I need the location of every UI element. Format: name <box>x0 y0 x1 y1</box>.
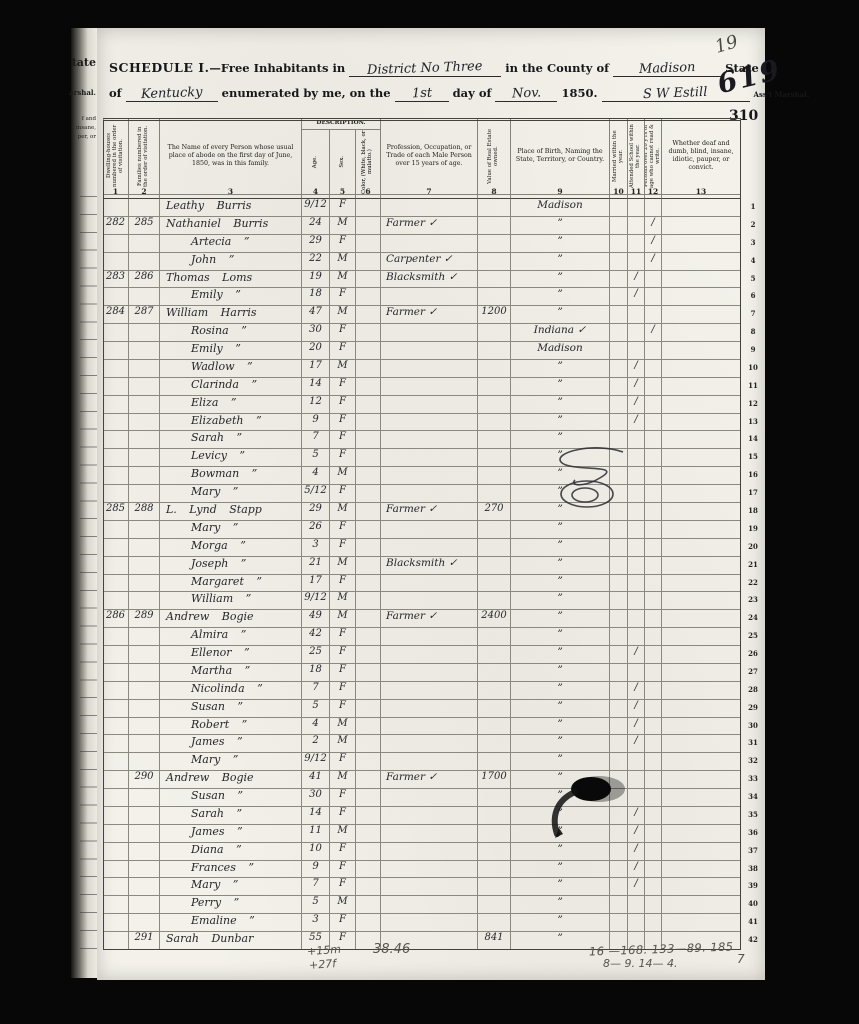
remarks-value <box>662 807 741 825</box>
column-number-row: 1 2 3 4 5 6 7 8 9 10 11 12 13 <box>103 185 765 199</box>
color-value <box>356 539 381 557</box>
real-estate-value <box>478 342 511 360</box>
profession-value <box>381 718 478 736</box>
pencil-number-center: 38.46 <box>373 942 410 957</box>
census-row: Leathy Burris 9/12 F Madison 1 <box>103 199 765 217</box>
person-name: Artecia ” <box>160 235 302 253</box>
birthplace-value: ” <box>511 735 610 753</box>
married-in-year-mark <box>610 718 628 736</box>
remarks-value <box>662 360 741 378</box>
real-estate-value <box>478 378 511 396</box>
family-number <box>129 575 160 593</box>
profession-value <box>381 521 478 539</box>
sex-value: F <box>330 843 356 861</box>
description-group: DESCRIPTION. Age. Sex. Color, (White, bl… <box>302 118 381 195</box>
census-row: Mary ” 5/12 F ” 17 <box>103 485 765 503</box>
cannot-read-write-mark <box>645 485 662 503</box>
line-number: 26 <box>741 646 765 664</box>
header-col-married: Married within the year. <box>610 118 628 195</box>
married-in-year-mark <box>610 592 628 610</box>
census-row: James ” 11 M ” / 36 <box>103 825 765 843</box>
line-number: 11 <box>741 378 765 396</box>
birthplace-value: ” <box>511 253 610 271</box>
age-value: 9 <box>302 861 330 879</box>
attended-school-mark <box>628 199 645 217</box>
family-number <box>129 682 160 700</box>
line-number: 16 <box>741 467 765 485</box>
age-value: 9/12 <box>302 592 330 610</box>
schedule-header-line-1: SCHEDULE I.—Free Inhabitants in District… <box>109 60 759 77</box>
cannot-read-write-mark <box>645 360 662 378</box>
census-row: Susan ” 30 F ” 34 <box>103 789 765 807</box>
cannot-read-write-mark <box>645 378 662 396</box>
family-number <box>129 700 160 718</box>
person-name: Margaret ” <box>160 575 302 593</box>
married-in-year-mark <box>610 306 628 324</box>
sex-value: F <box>330 199 356 217</box>
family-number <box>129 467 160 485</box>
family-number <box>129 521 160 539</box>
census-row: Robert ” 4 M ” / 30 <box>103 718 765 736</box>
birthplace-value: ” <box>511 628 610 646</box>
line-number: 7 <box>741 306 765 324</box>
attended-school-mark: / <box>628 396 645 414</box>
dwelling-number <box>103 199 129 217</box>
line-number: 27 <box>741 664 765 682</box>
color-value <box>356 825 381 843</box>
birthplace-value: ” <box>511 396 610 414</box>
line-number: 35 <box>741 807 765 825</box>
remarks-value <box>662 878 741 896</box>
birthplace-value: ” <box>511 610 610 628</box>
edge-fragment-3: per, or <box>78 134 96 140</box>
cannot-read-write-mark <box>645 557 662 575</box>
census-row: Mary ” 26 F ” 19 <box>103 521 765 539</box>
family-number <box>129 735 160 753</box>
person-name: Leathy Burris <box>160 199 302 217</box>
birthplace-value: ” <box>511 896 610 914</box>
person-name: Eliza ” <box>160 396 302 414</box>
color-value <box>356 628 381 646</box>
married-in-year-mark <box>610 288 628 306</box>
birthplace-value: ” <box>511 664 610 682</box>
census-row: 283 286 Thomas Loms 19 M Blacksmith ✓ ” … <box>103 271 765 289</box>
census-row: 285 288 L. Lynd Stapp 29 M Farmer ✓ 270 … <box>103 503 765 521</box>
cannot-read-write-mark <box>645 646 662 664</box>
county-value: Madison <box>639 60 696 77</box>
line-number: 30 <box>741 718 765 736</box>
census-row: Susan ” 5 F ” / 29 <box>103 700 765 718</box>
person-name: Mary ” <box>160 485 302 503</box>
color-value <box>356 789 381 807</box>
age-value: 18 <box>302 664 330 682</box>
color-value <box>356 646 381 664</box>
year-label: 1850. <box>561 86 597 100</box>
census-row: Mary ” 9/12 F ” 32 <box>103 753 765 771</box>
color-value <box>356 253 381 271</box>
cannot-read-write-mark <box>645 271 662 289</box>
cannot-read-write-mark <box>645 306 662 324</box>
attended-school-mark <box>628 342 645 360</box>
color-value <box>356 557 381 575</box>
profession-value: Farmer ✓ <box>381 306 478 324</box>
remarks-value <box>662 682 741 700</box>
profession-value: Farmer ✓ <box>381 771 478 789</box>
state-field: Kentucky <box>126 86 218 102</box>
family-number <box>129 431 160 449</box>
married-in-year-mark <box>610 628 628 646</box>
census-row: Emaline ” 3 F ” 41 <box>103 914 765 932</box>
dwelling-number <box>103 753 129 771</box>
dwelling-number <box>103 682 129 700</box>
family-number <box>129 896 160 914</box>
line-number: 31 <box>741 735 765 753</box>
dwelling-number: 283 <box>103 271 129 289</box>
color-value <box>356 324 381 342</box>
attended-school-mark <box>628 575 645 593</box>
remarks-value <box>662 539 741 557</box>
cannot-read-write-mark <box>645 807 662 825</box>
married-in-year-mark <box>610 735 628 753</box>
dwelling-number: 284 <box>103 306 129 324</box>
age-value: 14 <box>302 807 330 825</box>
married-in-year-mark <box>610 575 628 593</box>
person-name: William Harris <box>160 306 302 324</box>
color-value <box>356 896 381 914</box>
profession-value <box>381 878 478 896</box>
color-value <box>356 753 381 771</box>
family-number <box>129 253 160 271</box>
attended-school-mark: / <box>628 843 645 861</box>
dwelling-number <box>103 396 129 414</box>
family-number <box>129 718 160 736</box>
real-estate-value <box>478 646 511 664</box>
person-name: Susan ” <box>160 789 302 807</box>
header-text-2: in the County of <box>505 61 609 75</box>
person-name: Emily ” <box>160 342 302 360</box>
state-value: Kentucky <box>141 85 203 102</box>
attended-school-mark: / <box>628 718 645 736</box>
married-in-year-mark <box>610 360 628 378</box>
dwelling-number <box>103 700 129 718</box>
family-number <box>129 485 160 503</box>
table-header: Dwelling-houses numbered in the order of… <box>103 118 765 185</box>
family-number: 286 <box>129 271 160 289</box>
person-name: Emily ” <box>160 288 302 306</box>
dwelling-number <box>103 557 129 575</box>
profession-value <box>381 807 478 825</box>
sheet-number-pencil: 19 <box>713 31 741 58</box>
remarks-value <box>662 503 741 521</box>
sex-value: F <box>330 682 356 700</box>
married-in-year-mark <box>610 235 628 253</box>
person-name: Martha ” <box>160 664 302 682</box>
pencil-tally-males: +15m <box>307 943 342 958</box>
real-estate-value <box>478 628 511 646</box>
cannot-read-write-mark: / <box>645 324 662 342</box>
profession-value <box>381 539 478 557</box>
remarks-value <box>662 557 741 575</box>
cannot-read-write-mark <box>645 735 662 753</box>
census-row: Diana ” 10 F ” / 37 <box>103 843 765 861</box>
attended-school-mark <box>628 628 645 646</box>
birthplace-value: ” <box>511 271 610 289</box>
line-number: 32 <box>741 753 765 771</box>
sex-value: F <box>330 378 356 396</box>
family-number <box>129 378 160 396</box>
dwelling-number <box>103 789 129 807</box>
person-name: Morga ” <box>160 539 302 557</box>
census-row: Mary ” 7 F ” / 39 <box>103 878 765 896</box>
day-field: 1st <box>395 86 449 102</box>
married-in-year-mark <box>610 414 628 432</box>
family-number <box>129 324 160 342</box>
color-value <box>356 485 381 503</box>
census-row: 282 285 Nathaniel Burris 24 M Farmer ✓ ”… <box>103 217 765 235</box>
married-in-year-mark <box>610 217 628 235</box>
remarks-value <box>662 431 741 449</box>
line-number: 37 <box>741 843 765 861</box>
color-value <box>356 271 381 289</box>
color-value <box>356 843 381 861</box>
header-col-name: The Name of every Person whose usual pla… <box>160 118 302 195</box>
line-number: 9 <box>741 342 765 360</box>
sex-value: M <box>330 360 356 378</box>
married-in-year-mark <box>610 271 628 289</box>
sex-value: F <box>330 324 356 342</box>
census-row: Nicolinda ” 7 F ” / 28 <box>103 682 765 700</box>
line-number: 22 <box>741 575 765 593</box>
dwelling-number <box>103 646 129 664</box>
age-value: 5/12 <box>302 485 330 503</box>
married-in-year-mark <box>610 914 628 932</box>
dwelling-number <box>103 288 129 306</box>
dwelling-number <box>103 896 129 914</box>
sex-value: F <box>330 414 356 432</box>
dwelling-number <box>103 235 129 253</box>
census-row: Morga ” 3 F ” 20 <box>103 539 765 557</box>
dwelling-number <box>103 431 129 449</box>
cannot-read-write-mark <box>645 878 662 896</box>
person-name: Wadlow ” <box>160 360 302 378</box>
family-number <box>129 557 160 575</box>
age-value: 4 <box>302 718 330 736</box>
attended-school-mark <box>628 539 645 557</box>
birthplace-value: ” <box>511 521 610 539</box>
line-number: 3 <box>741 235 765 253</box>
family-number <box>129 342 160 360</box>
age-value: 17 <box>302 575 330 593</box>
person-name: Sarah ” <box>160 431 302 449</box>
dwelling-number <box>103 575 129 593</box>
page-binding-edge <box>765 24 807 984</box>
family-number <box>129 539 160 557</box>
age-value: 7 <box>302 431 330 449</box>
cannot-read-write-mark <box>645 753 662 771</box>
dwelling-number <box>103 932 129 950</box>
profession-value: Blacksmith ✓ <box>381 557 478 575</box>
line-number: 24 <box>741 610 765 628</box>
census-row: Artecia ” 29 F ” / 3 <box>103 235 765 253</box>
sex-value: F <box>330 396 356 414</box>
sex-value: F <box>330 485 356 503</box>
profession-value <box>381 360 478 378</box>
district-field: District No Three <box>349 61 501 77</box>
dwelling-number <box>103 664 129 682</box>
line-number: 18 <box>741 503 765 521</box>
age-value: 19 <box>302 271 330 289</box>
age-value: 29 <box>302 503 330 521</box>
cannot-read-write-mark <box>645 342 662 360</box>
profession-value <box>381 682 478 700</box>
married-in-year-mark <box>610 324 628 342</box>
census-sheet: 19 619 310 SCHEDULE I.—Free Inhabitants … <box>97 28 765 980</box>
sex-value: M <box>330 467 356 485</box>
sex-value: F <box>330 753 356 771</box>
sex-value: M <box>330 253 356 271</box>
profession-value <box>381 288 478 306</box>
dwelling-number: 282 <box>103 217 129 235</box>
cannot-read-write-mark <box>645 467 662 485</box>
census-row: Eliza ” 12 F ” / 12 <box>103 396 765 414</box>
cannot-read-write-mark <box>645 288 662 306</box>
dwelling-number <box>103 521 129 539</box>
family-number: 285 <box>129 217 160 235</box>
census-row: Frances ” 9 F ” / 38 <box>103 861 765 879</box>
family-number <box>129 235 160 253</box>
profession-value <box>381 825 478 843</box>
real-estate-value <box>478 324 511 342</box>
family-number: 288 <box>129 503 160 521</box>
married-in-year-mark <box>610 896 628 914</box>
person-name: Clarinda ” <box>160 378 302 396</box>
attended-school-mark: / <box>628 271 645 289</box>
cannot-read-write-mark <box>645 789 662 807</box>
attended-school-mark <box>628 592 645 610</box>
dwelling-number <box>103 628 129 646</box>
attended-school-mark <box>628 664 645 682</box>
census-row: Joseph ” 21 M Blacksmith ✓ ” 21 <box>103 557 765 575</box>
attended-school-mark: / <box>628 861 645 879</box>
person-name: Mary ” <box>160 521 302 539</box>
color-value <box>356 378 381 396</box>
dwelling-number <box>103 539 129 557</box>
age-value: 24 <box>302 217 330 235</box>
dwelling-number <box>103 807 129 825</box>
dwelling-number <box>103 324 129 342</box>
attended-school-mark <box>628 771 645 789</box>
attended-school-mark <box>628 521 645 539</box>
married-in-year-mark <box>610 378 628 396</box>
census-row: John ” 22 M Carpenter ✓ ” / 4 <box>103 253 765 271</box>
remarks-value <box>662 217 741 235</box>
real-estate-value <box>478 557 511 575</box>
census-row: Sarah ” 14 F ” / 35 <box>103 807 765 825</box>
sex-value: F <box>330 235 356 253</box>
family-number <box>129 825 160 843</box>
line-number: 15 <box>741 449 765 467</box>
real-estate-value <box>478 575 511 593</box>
dwelling-number <box>103 253 129 271</box>
birthplace-value: ” <box>511 592 610 610</box>
real-estate-value: 1200 <box>478 306 511 324</box>
attended-school-mark: / <box>628 735 645 753</box>
color-value <box>356 414 381 432</box>
color-value <box>356 914 381 932</box>
age-value: 3 <box>302 914 330 932</box>
married-in-year-mark <box>610 396 628 414</box>
col-num-9: 9 <box>511 185 610 199</box>
age-value: 11 <box>302 825 330 843</box>
line-number: 25 <box>741 628 765 646</box>
family-number <box>129 288 160 306</box>
census-row: Clarinda ” 14 F ” / 11 <box>103 378 765 396</box>
dwelling-number <box>103 414 129 432</box>
month-field: Nov. <box>495 86 557 102</box>
remarks-value <box>662 342 741 360</box>
line-number: 29 <box>741 700 765 718</box>
person-name: Susan ” <box>160 700 302 718</box>
cannot-read-write-mark <box>645 628 662 646</box>
profession-value: Blacksmith ✓ <box>381 271 478 289</box>
dwelling-number <box>103 592 129 610</box>
color-value <box>356 431 381 449</box>
census-row: Sarah ” 7 F ” 14 <box>103 431 765 449</box>
previous-page-rule-lines <box>80 196 98 958</box>
real-estate-value <box>478 735 511 753</box>
cannot-read-write-mark <box>645 843 662 861</box>
age-value: 9 <box>302 414 330 432</box>
edge-fragment-1: f and <box>82 116 96 122</box>
cannot-read-write-mark <box>645 503 662 521</box>
line-number: 42 <box>741 932 765 950</box>
real-estate-value <box>478 682 511 700</box>
age-value: 10 <box>302 843 330 861</box>
color-value <box>356 288 381 306</box>
census-row: Elizabeth ” 9 F ” / 13 <box>103 414 765 432</box>
family-number <box>129 664 160 682</box>
person-name: Emaline ” <box>160 914 302 932</box>
col-num-5: 5 <box>330 185 356 199</box>
dwelling-number: 286 <box>103 610 129 628</box>
family-number <box>129 360 160 378</box>
remarks-value <box>662 771 741 789</box>
color-value <box>356 360 381 378</box>
remarks-value <box>662 271 741 289</box>
remarks-value <box>662 896 741 914</box>
married-in-year-mark <box>610 539 628 557</box>
header-col-cannot-read: Persons over 20 y'rs of age who cannot r… <box>645 118 662 195</box>
line-number: 28 <box>741 682 765 700</box>
census-row: William ” 9/12 M ” 23 <box>103 592 765 610</box>
edge-fragment-marshal: arshal. <box>69 88 96 97</box>
line-number: 10 <box>741 360 765 378</box>
header-margin <box>741 118 765 195</box>
cannot-read-write-mark <box>645 449 662 467</box>
remarks-value <box>662 628 741 646</box>
profession-value <box>381 896 478 914</box>
person-name: Elizabeth ” <box>160 414 302 432</box>
profession-value <box>381 789 478 807</box>
dwelling-number <box>103 485 129 503</box>
remarks-value <box>662 235 741 253</box>
remarks-value <box>662 789 741 807</box>
family-number <box>129 628 160 646</box>
census-row: Martha ” 18 F ” 27 <box>103 664 765 682</box>
birthplace-value: ” <box>511 646 610 664</box>
ink-flourish-mark <box>535 446 635 512</box>
person-name: Frances ” <box>160 861 302 879</box>
